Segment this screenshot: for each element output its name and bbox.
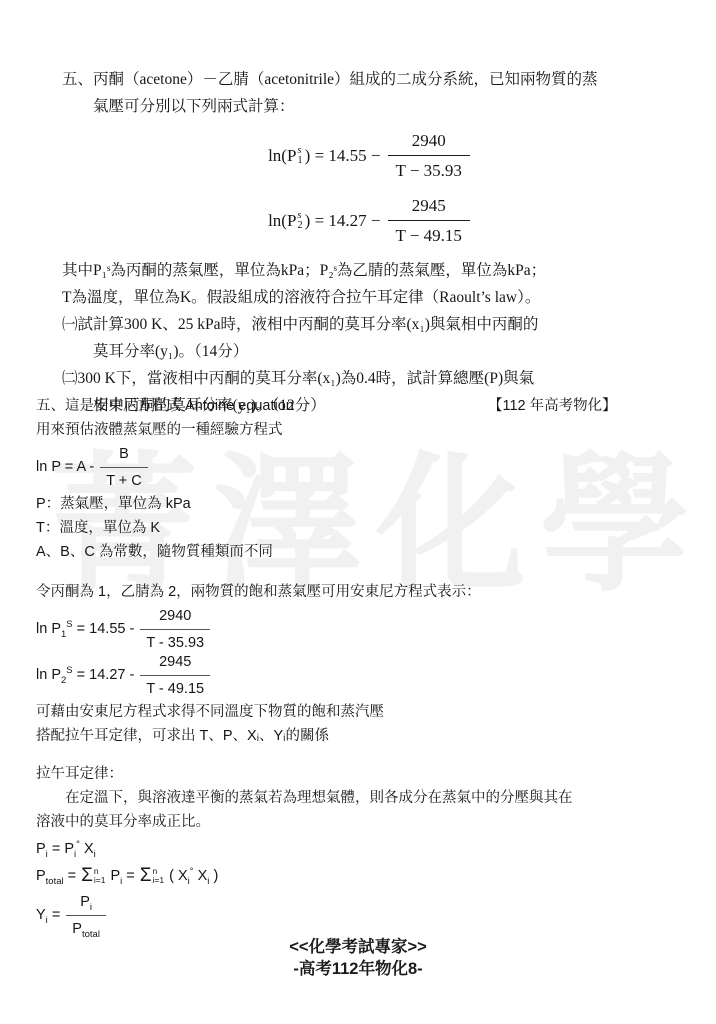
problem-line-2: 氣壓可分別以下列兩式計算： xyxy=(62,93,676,120)
equation-lhs: ln(P xyxy=(268,207,296,234)
numerator: 2945 xyxy=(140,650,210,676)
symbol: = P xyxy=(48,841,74,857)
formula-total-pressure: Ptotal = Σni=1 Pi = Σni=1 ( Xi° Xi ) xyxy=(36,862,686,890)
equation-content: ln(Ps1) = 14.55 −2940T − 35.93 xyxy=(268,127,470,184)
solution-subheading: 用來預估液體蒸氣壓的一種經驗方程式 xyxy=(36,418,686,442)
equation-text: ln P xyxy=(36,621,61,637)
summation: Σni=1 xyxy=(140,864,164,888)
equals: = xyxy=(122,868,135,884)
question-1-line-2: 莫耳分率(y₁)。（14分） xyxy=(62,338,676,365)
footer-brand: <<化學考試專家>> xyxy=(0,936,716,958)
page-footer: <<化學考試專家>> -高考112年物化8- xyxy=(0,936,716,980)
subscript: i xyxy=(94,849,96,860)
subscript: total xyxy=(46,876,64,887)
equation-mid: ) = 14.27 − xyxy=(305,207,381,234)
sup-sub-stack: s1 xyxy=(297,146,302,166)
question-1-line-1: ㈠試計算300 K、25 kPa時，液相中丙酮的莫耳分率(x₁)與氣相中丙酮的 xyxy=(62,311,676,338)
note-raoult-combine: 搭配拉午耳定律，可求出 T、P、Xᵢ、Yᵢ的關係 xyxy=(36,724,686,748)
equation-lhs: ln(P xyxy=(268,142,296,169)
symbol: ( X xyxy=(169,868,188,884)
term: Pi = xyxy=(110,864,134,888)
denominator: T − 35.93 xyxy=(388,156,470,184)
equation-text: ln P xyxy=(36,667,61,683)
denominator: T − 49.15 xyxy=(388,221,470,249)
lower-limit: i=1 xyxy=(94,876,106,885)
symbol: P xyxy=(36,841,46,857)
term: Ptotal = xyxy=(36,864,76,888)
equals: = xyxy=(48,907,61,923)
saturation-pressure-eq-2: ln P2S = 14.27 - 2945T - 49.15 xyxy=(36,654,686,696)
solution-heading-row: 五、這是安東尼方程式 Antoine equation 【112 年高考物化】 xyxy=(36,394,686,418)
numerator: Pi xyxy=(66,890,106,916)
fraction: 2940T - 35.93 xyxy=(140,604,210,655)
sigma-symbol: Σ xyxy=(140,864,152,888)
subscript: 2 xyxy=(61,675,66,686)
symbol: P xyxy=(80,894,90,910)
symbol: X xyxy=(80,841,94,857)
definition-P: P：蒸氣壓，單位為 kPa xyxy=(36,492,686,516)
problem-para-line: 其中P₁ˢ為丙酮的蒸氣壓，單位為kPa；P₂ˢ為乙腈的蒸氣壓，單位為kPa； xyxy=(62,257,676,284)
antoine-equation: ln P = A - BT + C xyxy=(36,446,686,488)
symbol: P xyxy=(72,921,82,937)
fraction: 2945T − 49.15 xyxy=(388,192,470,249)
denominator: T - 49.15 xyxy=(140,676,210,701)
numerator: 2940 xyxy=(140,604,210,630)
solution-section: 五、這是安東尼方程式 Antoine equation 【112 年高考物化】 … xyxy=(36,394,686,940)
document-page: 菁澤化學 五、丙酮（acetone）－乙腈（acetonitrile）組成的二成… xyxy=(0,0,716,1024)
equation-lhs: ln P = A - xyxy=(36,455,94,479)
symbol: P xyxy=(36,868,46,884)
sup-sub-stack: s2 xyxy=(297,211,302,231)
definition-T: T：溫度，單位為 K xyxy=(36,516,686,540)
raoult-law-body-2: 溶液中的莫耳分率成正比。 xyxy=(36,810,686,834)
equation-content: ln(Ps2) = 14.27 −2945T − 49.15 xyxy=(268,192,470,249)
saturation-pressure-eq-1: ln P1S = 14.55 - 2940T - 35.93 xyxy=(36,608,686,650)
symbol: Y xyxy=(36,907,46,923)
exam-source-tag: 【112 年高考物化】 xyxy=(488,394,617,418)
symbol: P xyxy=(110,868,120,884)
summation-limits: ni=1 xyxy=(153,867,165,885)
solution-heading: 五、這是安東尼方程式 Antoine equation xyxy=(36,398,294,414)
question-2-line-1: ㈡300 K下，當液相中丙酮的莫耳分率(x₁)為0.4時，試計算總壓(P)與氣 xyxy=(62,365,676,392)
numerator: 2945 xyxy=(388,192,470,221)
subscript: i xyxy=(188,876,190,887)
equation-mid: = 14.27 - xyxy=(73,667,135,683)
superscript: s xyxy=(297,211,301,221)
numerator: B xyxy=(100,442,148,468)
lower-limit: i=1 xyxy=(153,876,165,885)
subscript: 2 xyxy=(297,221,302,231)
summation: Σni=1 xyxy=(81,864,105,888)
symbol: X xyxy=(194,868,208,884)
problem-para-line: T為溫度，單位為K。假設組成的溶液符合拉午耳定律（Raoult’s law）。 xyxy=(62,284,676,311)
display-equation-acetonitrile: ln(Ps2) = 14.27 −2945T − 49.15 xyxy=(62,192,676,249)
subscript: 1 xyxy=(61,629,66,640)
numerator: 2940 xyxy=(388,127,470,156)
equation-lhs: Yi = xyxy=(36,903,60,927)
let-statement: 令丙酮為 1，乙腈為 2，兩物質的飽和蒸氣壓可用安東尼方程式表示： xyxy=(36,580,686,604)
fraction: 2945T - 49.15 xyxy=(140,650,210,701)
superscript: s xyxy=(297,146,301,156)
subscript: 1 xyxy=(297,156,302,166)
raoult-law-title: 拉午耳定律： xyxy=(36,762,686,786)
problem-line-1: 五、丙酮（acetone）－乙腈（acetonitrile）組成的二成分系統，已… xyxy=(62,66,676,93)
subscript: i xyxy=(90,902,92,913)
fraction: BT + C xyxy=(100,442,148,493)
raoult-law-body-1: 在定溫下，與溶液達平衡的蒸氣若為理想氣體，則各成分在蒸氣中的分壓與其在 xyxy=(36,786,686,810)
sigma-symbol: Σ xyxy=(81,864,93,888)
equation-mid: = 14.55 - xyxy=(73,621,135,637)
footer-page-label: -高考112年物化8- xyxy=(0,958,716,980)
spacer xyxy=(36,748,686,762)
denominator: T + C xyxy=(100,468,148,493)
equation-mid: ) = 14.55 − xyxy=(305,142,381,169)
spacer xyxy=(36,564,686,580)
formula-partial-pressure: Pi = Pi° Xi xyxy=(36,836,686,862)
subscript: i xyxy=(74,849,76,860)
formula-vapor-mole-fraction: Yi = PiPtotal xyxy=(36,894,686,936)
summation-limits: ni=1 xyxy=(94,867,106,885)
fraction: PiPtotal xyxy=(66,890,106,941)
display-equation-acetone: ln(Ps1) = 14.55 −2940T − 35.93 xyxy=(62,127,676,184)
definition-ABC: A、B、C 為常數，隨物質種類而不同 xyxy=(36,540,686,564)
term: Pi = Pi° Xi xyxy=(36,837,96,861)
equation-lhs: ln P2S = 14.27 - xyxy=(36,663,134,687)
equals: = xyxy=(64,868,77,884)
note-antoine-use: 可藉由安東尼方程式求得不同溫度下物質的飽和蒸汽壓 xyxy=(36,700,686,724)
term: ( Xi° Xi ) xyxy=(169,864,218,888)
problem-section: 五、丙酮（acetone）－乙腈（acetonitrile）組成的二成分系統，已… xyxy=(62,66,676,419)
equation-lhs: ln P1S = 14.55 - xyxy=(36,617,134,641)
fraction: 2940T − 35.93 xyxy=(388,127,470,184)
close-paren: ) xyxy=(209,868,218,884)
